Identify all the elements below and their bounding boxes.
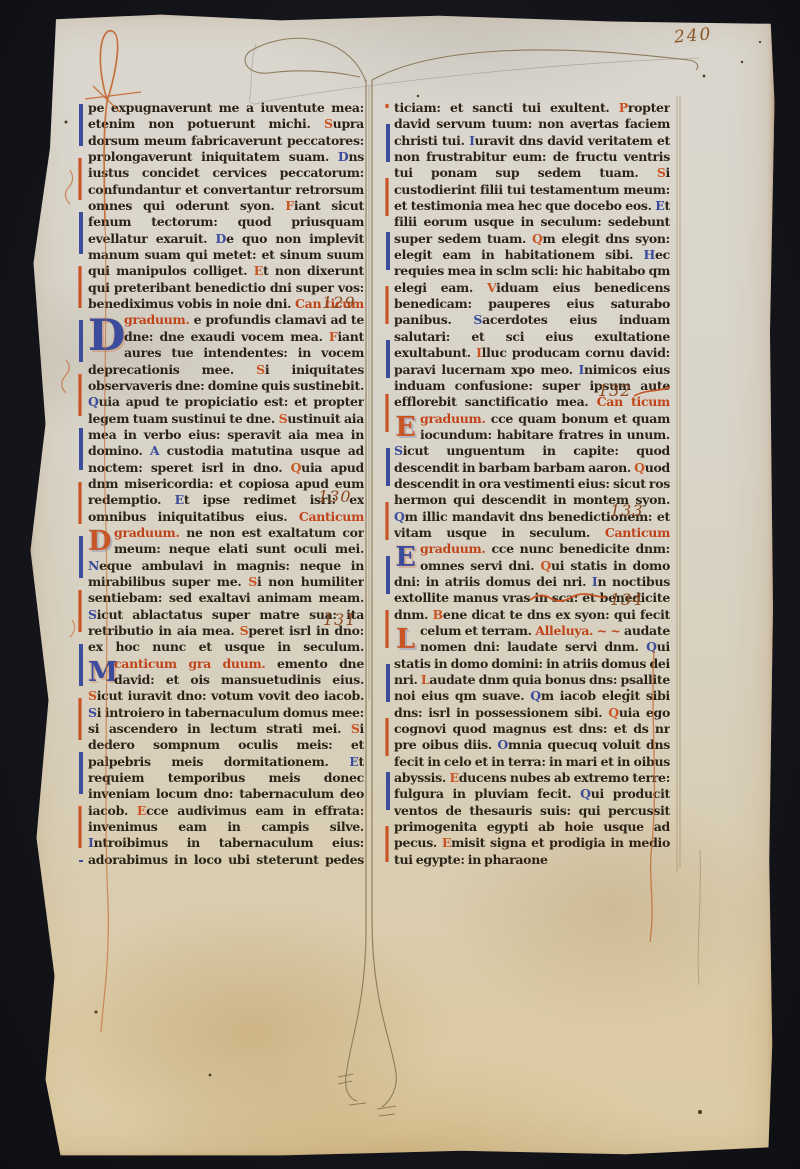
versal-letter: S: [351, 721, 360, 736]
versal-letter: E: [175, 492, 184, 507]
text-column-left: pe expugnaverunt me a iuventute mea: ete…: [88, 100, 364, 868]
psalm-number: 130: [318, 487, 352, 506]
versal-letter: S: [88, 607, 97, 622]
text-run: ntroibimus in tabernaculum eius: adorabi…: [88, 835, 364, 868]
versal-letter: Q: [532, 231, 543, 246]
text-run: i introiero in tabernaculum domus mee: s…: [88, 705, 364, 736]
drop-cap-initial: D: [88, 313, 121, 360]
psalm-number: 134: [610, 590, 644, 609]
drop-cap-initial: L: [394, 624, 417, 655]
versal-letter: D: [338, 149, 349, 164]
versal-letter: D: [216, 231, 227, 246]
rubric-text: Alleluya. ~ ~: [535, 623, 624, 638]
text-run: pe expugnaverunt me a iuventute mea: ete…: [88, 100, 364, 131]
drop-cap-initial: D: [88, 526, 111, 557]
versal-letter: P: [619, 100, 628, 115]
versal-letter: A: [150, 443, 159, 458]
versal-letter: Q: [291, 460, 302, 475]
rubric-text: canticum gra duum.: [114, 656, 277, 671]
versal-letter: S: [256, 362, 265, 377]
drop-cap-initial: E: [394, 412, 417, 443]
versal-letter: S: [88, 705, 97, 720]
manuscript-photo: 240 pe expugnaverunt me a iuventute mea:…: [0, 0, 800, 1169]
versal-letter: E: [349, 754, 358, 769]
versal-letter: Q: [634, 460, 645, 475]
text-run: icut unguentum in capite: quod descendit…: [394, 443, 670, 474]
psalm-number: 129: [322, 293, 356, 312]
psalm-number: 133: [610, 501, 644, 520]
versal-letter: Q: [646, 639, 657, 654]
drop-cap-initial: M: [88, 657, 111, 688]
text-run: ticiam: et sancti tui exultent.: [394, 100, 619, 115]
psalm-number: 131: [323, 610, 357, 629]
versal-letter: S: [473, 312, 482, 327]
versal-letter: F: [285, 198, 294, 213]
versal-letter: S: [248, 574, 257, 589]
versal-letter: Q: [608, 705, 619, 720]
versal-letter: S: [88, 688, 97, 703]
versal-letter: Q: [394, 509, 405, 524]
versal-letter: E: [137, 803, 146, 818]
versal-letter: E: [442, 835, 451, 850]
versal-letter: B: [433, 607, 443, 622]
versal-letter: H: [644, 247, 656, 262]
drop-cap-initial: E: [394, 542, 417, 573]
text-column-right: ticiam: et sancti tui exultent. Propter …: [394, 100, 670, 868]
versal-letter: S: [394, 443, 403, 458]
versal-letter: S: [657, 165, 666, 180]
versal-letter: Q: [580, 786, 591, 801]
versal-letter: S: [324, 116, 333, 131]
psalm-number: 132: [598, 381, 632, 400]
versal-letter: Q: [530, 688, 541, 703]
versal-letter: E: [655, 198, 664, 213]
versal-letter: Q: [540, 558, 551, 573]
versal-letter: Q: [88, 394, 99, 409]
leaf: 240 pe expugnaverunt me a iuventute mea:…: [26, 10, 776, 1160]
versal-letter: E: [254, 263, 263, 278]
versal-letter: O: [497, 737, 508, 752]
folio-number: 240: [673, 24, 713, 47]
text-run: icut iuravit dno: votum vovit deo iacob.: [97, 688, 364, 703]
versal-letter: V: [487, 280, 496, 295]
versal-letter: E: [449, 770, 458, 785]
versal-letter: N: [88, 558, 99, 573]
